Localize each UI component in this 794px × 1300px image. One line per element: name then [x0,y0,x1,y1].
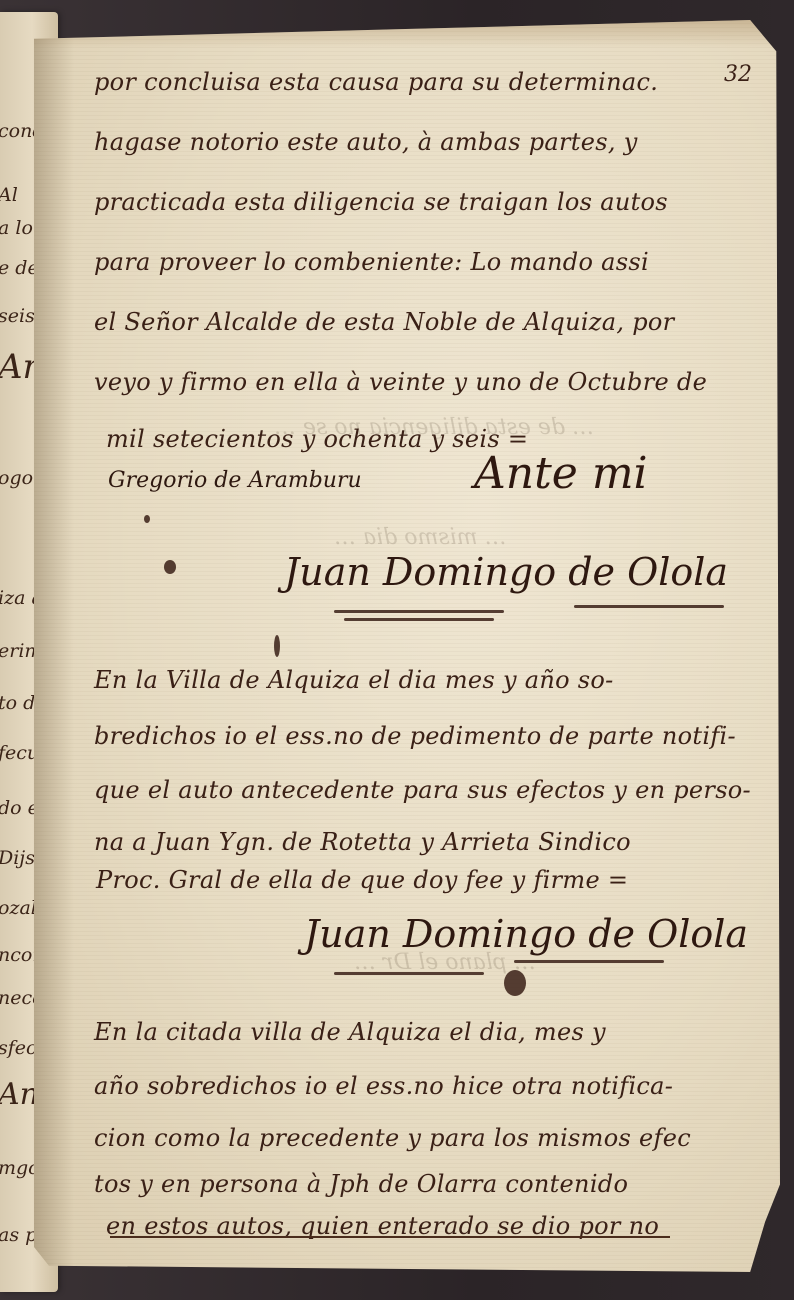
left-fragment: fecu [0,742,39,764]
signature-flourish [574,605,724,608]
text-line: el Señor Alcalde de esta Noble de Alquiz… [94,308,674,336]
text-line: para proveer lo combeniente: Lo mando as… [94,248,649,276]
left-fragment: Al [0,184,18,206]
ink-blot [504,970,526,996]
signature-flourish [334,972,484,975]
text-line: que el auto antecedente para sus efectos… [94,776,751,804]
signature-notary-2: Juan Domingo de Olola [304,912,748,956]
text-line: hagase notorio este auto, à ambas partes… [94,128,638,156]
left-fragment: e de [0,257,39,279]
text-line: En la Villa de Alquiza el dia mes y año … [94,666,614,694]
text-line: na a Juan Ygn. de Rotetta y Arrieta Sind… [94,828,631,856]
ink-blot [274,635,280,657]
signature-notary: Juan Domingo de Olola [284,550,728,594]
signature-rubric: Ante mi [474,448,648,499]
closing-rule-line [110,1236,670,1238]
text-line: En la citada villa de Alquiza el dia, me… [94,1018,606,1046]
text-line: practicada esta diligencia se traigan lo… [94,188,668,216]
signature-witness: Gregorio de Aramburu [108,468,362,493]
text-line: veyo y firmo en ella à veinte y uno de O… [94,368,707,396]
left-fragment: ogo [0,467,33,489]
text-line: por concluisa esta causa para su determi… [94,68,658,96]
left-fragment: ozal [0,897,37,919]
ink-blot [144,515,150,523]
bleed-through-text: … mismo dia … [334,525,507,550]
folio-number: 32 [724,62,752,87]
signature-flourish [344,618,494,621]
manuscript-page: … de esta diligencia no se … … mismo dia… [34,20,780,1272]
text-line: tos y en persona à Jph de Olarra conteni… [94,1170,628,1198]
text-line: Proc. Gral de ella de que doy fee y firm… [96,866,628,894]
text-line: año sobredichos io el ess.no hice otra n… [94,1072,673,1100]
signature-flourish [334,610,504,613]
left-fragment: a lo [0,217,33,239]
text-line: bredichos io el ess.no de pedimento de p… [94,722,736,750]
ink-blot [164,560,176,574]
signature-flourish [514,960,664,963]
page-gutter-shadow [34,20,74,1272]
text-line: mil setecientos y ochenta y seis = [106,425,528,453]
text-line: cion como la precedente y para los mismo… [94,1124,691,1152]
